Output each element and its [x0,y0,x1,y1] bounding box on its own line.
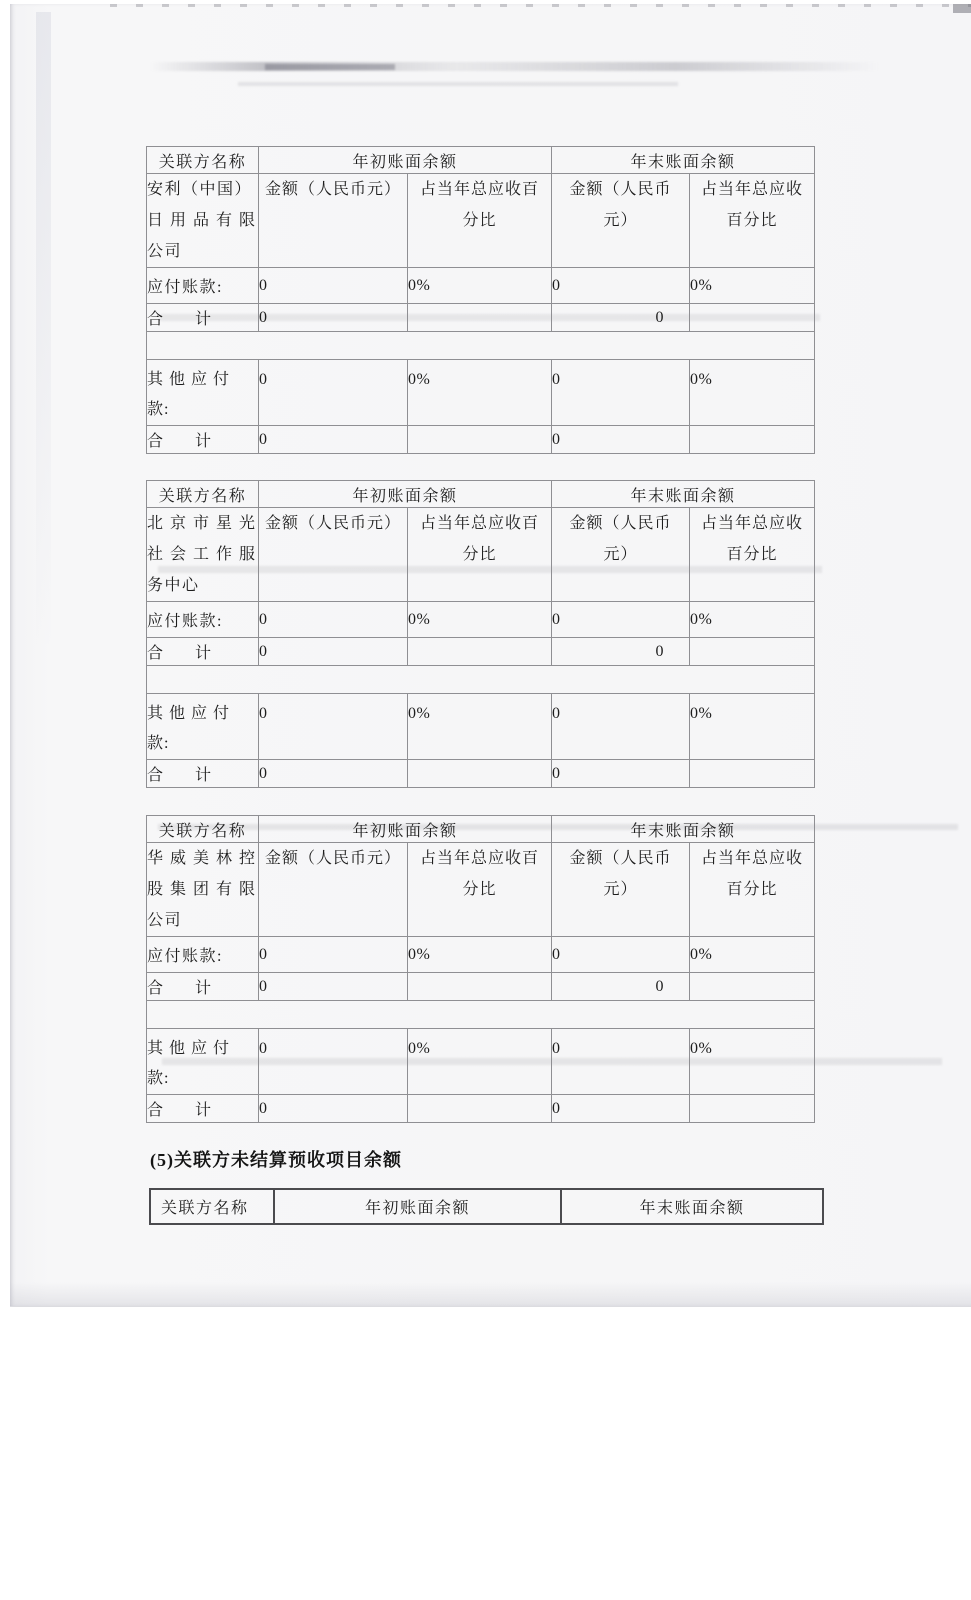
section-5-heading: (5)关联方未结算预收项目余额 [150,1146,402,1172]
total-row: 合 计 0 0 [147,304,815,332]
value-cell: 0 [552,760,690,788]
value-cell: 0 [259,602,408,638]
spacer-row [147,666,815,694]
table-header-row: 关联方名称 年初账面余额 年末账面余额 [147,147,815,174]
scan-artifact-streak [265,64,395,70]
empty-cell [690,973,815,1001]
row-label: 其 他 应 付 款: [147,694,259,760]
header-begin-balance: 年初账面余额 [274,1189,561,1224]
value-cell: 0% [408,694,552,760]
value-cell: 0 [259,426,408,454]
empty-cell [147,332,815,360]
table-subheader-row: 安利（中国） 日 用 品 有 限 公司 金额（人民币元） 占当年总应收百 分比 … [147,174,815,268]
total-label: 合 计 [147,760,259,788]
total-label: 合 计 [147,426,259,454]
value-cell: 0% [690,268,815,304]
party-name-cell: 北 京 市 星 光 社 会 工 作 服 务中心 [147,508,259,602]
other-payables-row: 其 他 应 付 款: 0 0% 0 0% [147,1029,815,1095]
empty-cell [408,973,552,1001]
accounts-payable-row: 应付账款: 0 0% 0 0% [147,602,815,638]
header-end-balance: 年末账面余额 [552,816,815,843]
spacer-row [147,332,815,360]
header-begin-balance: 年初账面余额 [259,816,552,843]
value-cell: 0% [690,360,815,426]
value-cell: 0 [552,638,690,666]
subheader-pct-begin: 占当年总应收百 分比 [408,508,552,602]
header-related-party: 关联方名称 [147,481,259,508]
subheader-pct-begin: 占当年总应收百 分比 [408,174,552,268]
row-label: 其 他 应 付 款: [147,360,259,426]
total-row: 合 计 0 0 [147,638,815,666]
related-party-payables-table-xingguang: 关联方名称 年初账面余额 年末账面余额 北 京 市 星 光 社 会 工 作 服 … [146,480,815,788]
row-label: 应付账款: [147,602,259,638]
value-cell: 0 [259,1029,408,1095]
empty-cell [690,304,815,332]
other-payables-row: 其 他 应 付 款: 0 0% 0 0% [147,694,815,760]
row-label: 其 他 应 付 款: [147,1029,259,1095]
table-subheader-row: 华 威 美 林 控 股 集 团 有 限 公司 金额（人民币元） 占当年总应收百 … [147,843,815,937]
scan-artifact-top-dashes [110,4,971,7]
value-cell: 0 [259,694,408,760]
value-cell: 0 [259,304,408,332]
value-cell: 0 [552,1029,690,1095]
total-row: 合 计 0 0 [147,1095,815,1123]
empty-cell [690,1095,815,1123]
value-cell: 0 [552,602,690,638]
value-cell: 0 [552,1095,690,1123]
subheader-amount-begin: 金额（人民币元） [259,508,408,602]
table-header-row: 关联方名称 年初账面余额 年末账面余额 [150,1189,823,1224]
section-5-advance-receipts-table: 关联方名称 年初账面余额 年末账面余额 [149,1188,824,1225]
header-related-party: 关联方名称 [147,147,259,174]
subheader-pct-end: 占当年总应收 百分比 [690,508,815,602]
row-label: 应付账款: [147,937,259,973]
value-cell: 0 [259,937,408,973]
header-related-party: 关联方名称 [150,1189,274,1224]
other-payables-row: 其 他 应 付 款: 0 0% 0 0% [147,360,815,426]
total-row: 合 计 0 0 [147,426,815,454]
header-begin-balance: 年初账面余额 [259,147,552,174]
empty-cell [147,1001,815,1029]
total-label: 合 计 [147,1095,259,1123]
header-end-balance: 年末账面余额 [552,481,815,508]
scan-artifact-corner-mark [953,4,971,13]
value-cell: 0 [259,1095,408,1123]
value-cell: 0% [690,602,815,638]
value-cell: 0 [259,638,408,666]
empty-cell [690,760,815,788]
value-cell: 0 [259,973,408,1001]
header-related-party: 关联方名称 [147,816,259,843]
scan-artifact-left-band [36,12,51,652]
header-end-balance: 年末账面余额 [552,147,815,174]
value-cell: 0% [690,1029,815,1095]
value-cell: 0 [259,360,408,426]
value-cell: 0 [552,268,690,304]
empty-cell [408,304,552,332]
value-cell: 0% [408,937,552,973]
table-header-row: 关联方名称 年初账面余额 年末账面余额 [147,816,815,843]
total-row: 合 计 0 0 [147,760,815,788]
total-label: 合 计 [147,638,259,666]
subheader-amount-begin: 金额（人民币元） [259,174,408,268]
value-cell: 0 [552,937,690,973]
empty-cell [147,666,815,694]
empty-cell [690,638,815,666]
value-cell: 0% [690,937,815,973]
subheader-pct-end: 占当年总应收 百分比 [690,843,815,937]
subheader-amount-begin: 金额（人民币元） [259,843,408,937]
value-cell: 0 [259,760,408,788]
value-cell: 0 [552,694,690,760]
header-end-balance: 年末账面余额 [561,1189,823,1224]
header-begin-balance: 年初账面余额 [259,481,552,508]
subheader-pct-end: 占当年总应收 百分比 [690,174,815,268]
value-cell: 0% [408,1029,552,1095]
total-label: 合 计 [147,304,259,332]
total-label: 合 计 [147,973,259,1001]
total-row: 合 计 0 0 [147,973,815,1001]
value-cell: 0 [552,973,690,1001]
value-cell: 0% [690,694,815,760]
row-label: 应付账款: [147,268,259,304]
related-party-payables-table-anli: 关联方名称 年初账面余额 年末账面余额 安利（中国） 日 用 品 有 限 公司 … [146,146,815,454]
value-cell: 0 [552,360,690,426]
empty-cell [408,638,552,666]
accounts-payable-row: 应付账款: 0 0% 0 0% [147,937,815,973]
value-cell: 0 [552,426,690,454]
empty-cell [408,426,552,454]
table-header-row: 关联方名称 年初账面余额 年末账面余额 [147,481,815,508]
value-cell: 0% [408,360,552,426]
spacer-row [147,1001,815,1029]
value-cell: 0% [408,268,552,304]
table-subheader-row: 北 京 市 星 光 社 会 工 作 服 务中心 金额（人民币元） 占当年总应收百… [147,508,815,602]
subheader-amount-end: 金额（人民币 元） [552,843,690,937]
scan-artifact-streak [150,62,880,71]
party-name-cell: 安利（中国） 日 用 品 有 限 公司 [147,174,259,268]
value-cell: 0 [259,268,408,304]
value-cell: 0 [552,304,690,332]
accounts-payable-row: 应付账款: 0 0% 0 0% [147,268,815,304]
subheader-pct-begin: 占当年总应收百 分比 [408,843,552,937]
party-name-cell: 华 威 美 林 控 股 集 团 有 限 公司 [147,843,259,937]
empty-cell [690,426,815,454]
related-party-payables-table-huaweimeilin: 关联方名称 年初账面余额 年末账面余额 华 威 美 林 控 股 集 团 有 限 … [146,815,815,1123]
subheader-amount-end: 金额（人民币 元） [552,174,690,268]
subheader-amount-end: 金额（人民币 元） [552,508,690,602]
empty-cell [408,1095,552,1123]
value-cell: 0% [408,602,552,638]
empty-cell [408,760,552,788]
scan-artifact-streak [238,82,678,86]
